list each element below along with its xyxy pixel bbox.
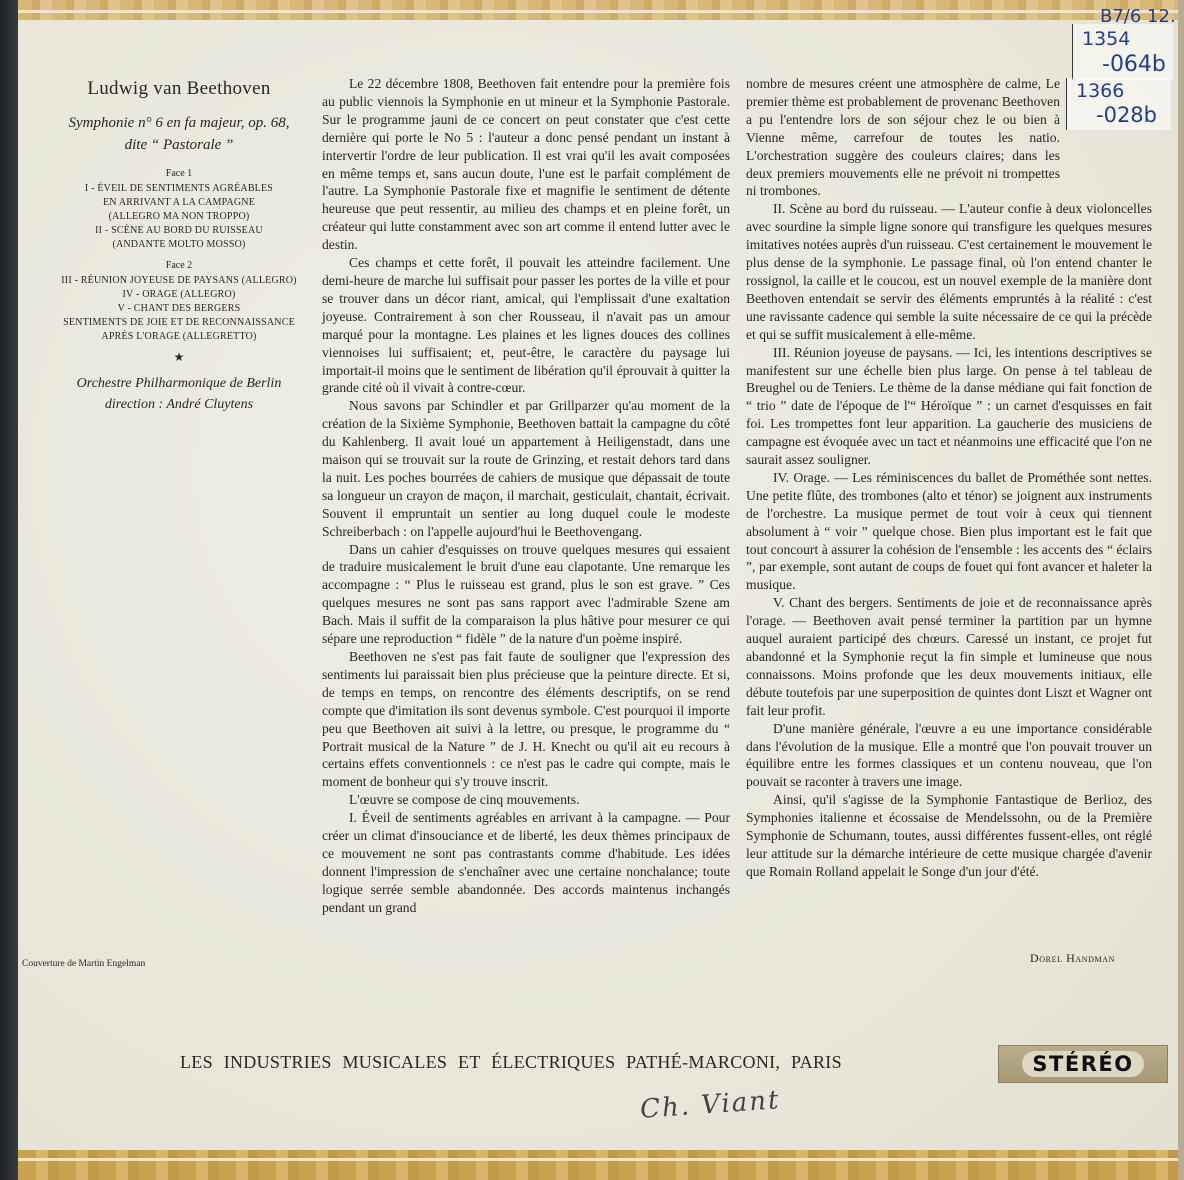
catalog-sticker: B7/6 12. 1354 -064b 1366 -028b: [1072, 4, 1180, 146]
catalog-line: 1354: [1082, 28, 1130, 50]
liner-notes-column-2: nombre de mesures créent une atmosphère …: [746, 75, 1152, 881]
track-line: (Allegro ma non troppo): [44, 210, 314, 224]
right-edge: [1178, 0, 1184, 1180]
paragraph: Nous savons par Schindler et par Grillpa…: [322, 397, 730, 540]
track-line: V - Chant des bergers: [44, 302, 314, 316]
track-line: IV - Orage (Allegro): [44, 288, 314, 302]
catalog-line: -028b: [1096, 104, 1157, 126]
paragraph: Beethoven ne s'est pas fait faute de sou…: [322, 648, 730, 791]
composer-name: Ludwig van Beethoven: [44, 78, 314, 100]
catalog-line: -064b: [1102, 54, 1166, 76]
face-2-label: Face 2: [44, 260, 314, 271]
paragraph: Dans un cahier d'esquisses on trouve que…: [322, 541, 730, 648]
paragraph: I. Éveil de sentiments agréables en arri…: [322, 809, 730, 916]
paragraph: Ces champs et cette forêt, il pouvait le…: [322, 254, 730, 397]
paragraph: IV. Orage. — Les réminiscences du ballet…: [746, 469, 1152, 594]
paragraph: Le 22 décembre 1808, Beethoven fait ente…: [322, 75, 730, 254]
paragraph: D'une manière générale, l'œuvre a eu une…: [746, 720, 1152, 792]
paragraph: V. Chant des bergers. Sentiments de joie…: [746, 594, 1152, 719]
orchestra-name: Orchestre Philharmonique de Berlin: [44, 373, 314, 394]
sleeve-spine: [0, 0, 18, 1180]
credits-column: Ludwig van Beethoven Symphonie n° 6 en f…: [44, 78, 314, 415]
catalog-line: B7/6 12.: [1100, 6, 1176, 28]
face-2-tracklist: III - Réunion joyeuse de paysans (Allegr…: [44, 274, 314, 344]
catalog-line: 1366: [1076, 80, 1124, 102]
paragraph: II. Scène au bord du ruisseau. — L'auteu…: [746, 200, 1152, 343]
track-line: II - Scène au bord du ruisseau: [44, 224, 314, 238]
track-line: après l'orage (Allegretto): [44, 330, 314, 344]
paragraph: L'œuvre se compose de cinq mouvements.: [322, 791, 730, 809]
track-line: (Andante molto mosso): [44, 238, 314, 252]
track-line: en arrivant a la campagne: [44, 196, 314, 210]
author-signature: Dorel Handman: [1030, 951, 1115, 966]
publisher-line: LES INDUSTRIES MUSICALES ET ÉLECTRIQUES …: [180, 1052, 842, 1073]
face-1-label: Face 1: [44, 168, 314, 179]
stereo-label: STÉRÉO: [1022, 1051, 1143, 1077]
track-line: Sentiments de joie et de reconnaissance: [44, 316, 314, 330]
bottom-tape-strip: [18, 1150, 1184, 1180]
cover-credit: Couverture de Martin Engelman: [22, 959, 145, 969]
liner-notes-column-1: Le 22 décembre 1808, Beethoven fait ente…: [322, 75, 730, 917]
performers: Orchestre Philharmonique de Berlin direc…: [44, 373, 314, 415]
star-separator-icon: ★: [44, 350, 314, 365]
face-1-tracklist: I - Éveil de sentiments agréables en arr…: [44, 182, 314, 252]
work-title: Symphonie n° 6 en fa majeur, op. 68, dit…: [44, 112, 314, 156]
conductor-name: direction : André Cluytens: [44, 394, 314, 415]
track-line: I - Éveil de sentiments agréables: [44, 182, 314, 196]
paragraph: Ainsi, qu'il s'agisse de la Symphonie Fa…: [746, 791, 1152, 881]
top-tape-strip: [18, 0, 1184, 20]
track-line: III - Réunion joyeuse de paysans (Allegr…: [44, 274, 314, 288]
paragraph: III. Réunion joyeuse de paysans. — Ici, …: [746, 344, 1152, 469]
stereo-badge: STÉRÉO: [998, 1045, 1168, 1083]
